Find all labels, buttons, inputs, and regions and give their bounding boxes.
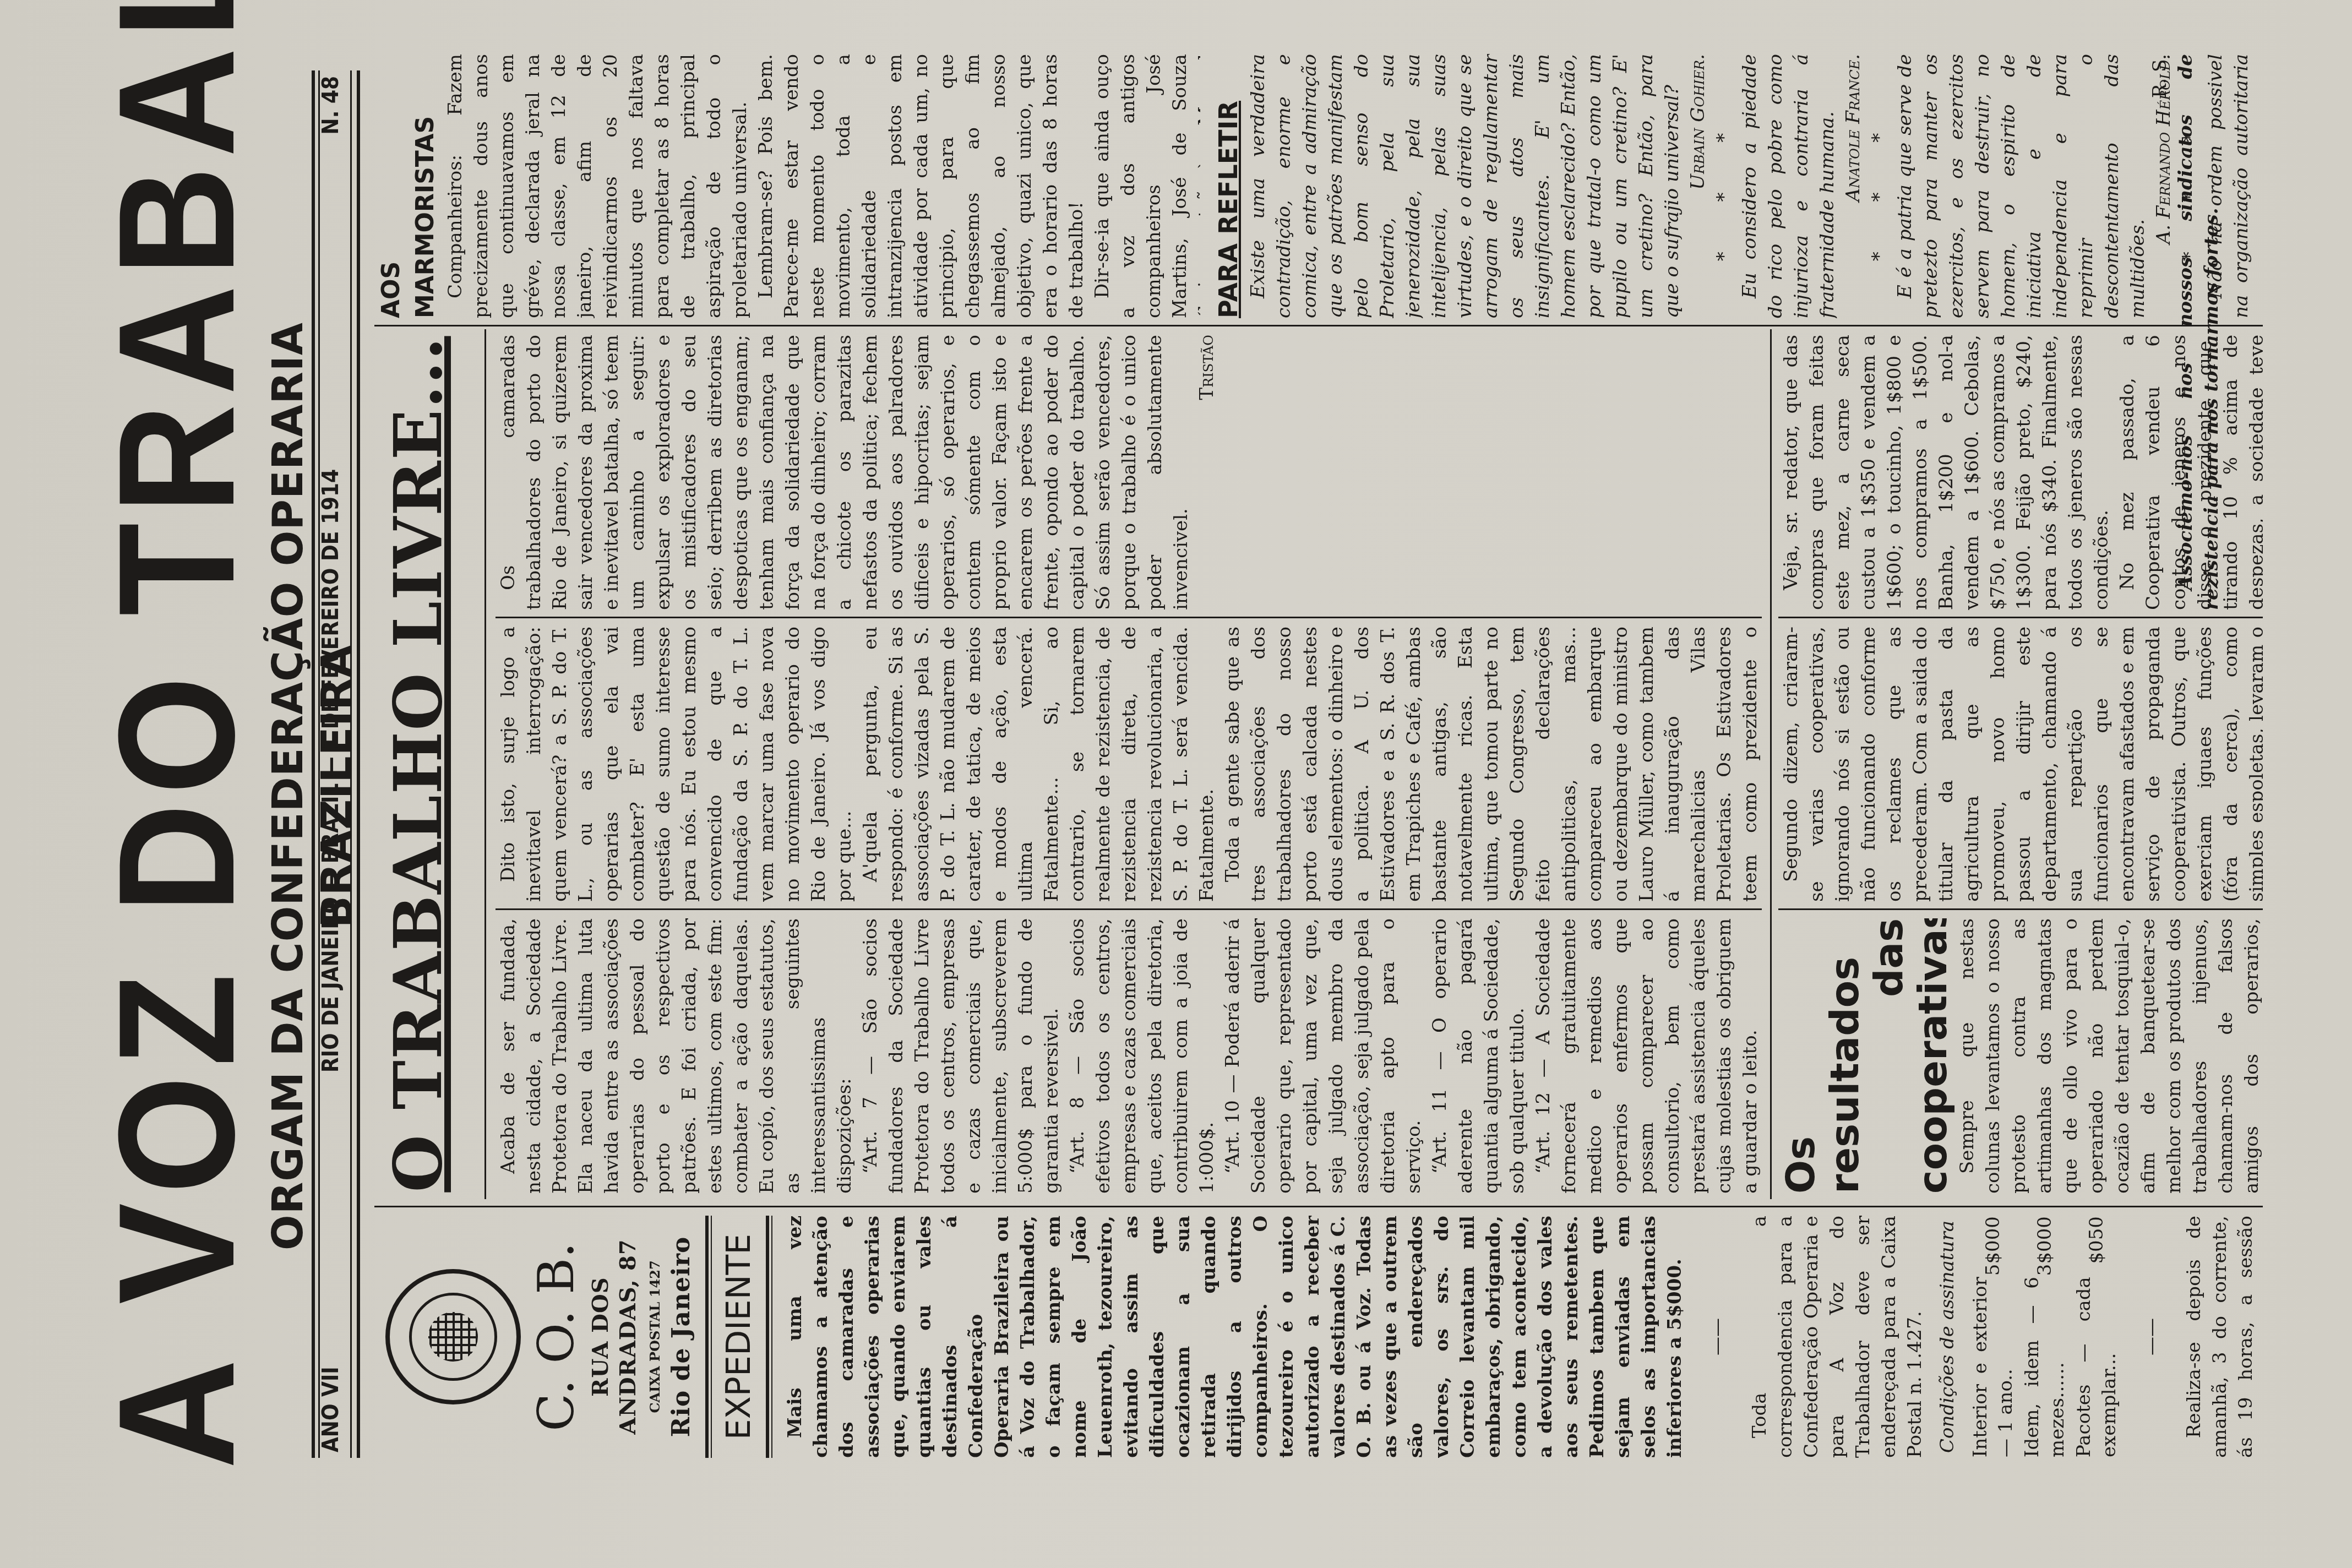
short-rule: —— [1705,1216,1730,1458]
article-paragraph: “Art. 7 — São socios fundadores da Socie… [858,918,1065,1194]
separator-stars: * * * [1711,54,1737,318]
signature-rs: R. S. [2147,54,2173,610]
cob-city: Rio de Janeiro [668,1216,695,1458]
column-expediente: C. O. B. RUA DOS ANDRADAS, 87 CAIXA POST… [374,1216,2257,1458]
cob-po-box: CAIXA POSTAL 1427 [642,1216,668,1458]
masthead-title: A VOZ DO TRABALHADOR [88,172,264,1469]
signature-tristao: Tristão [1194,335,1220,610]
article-paragraph: “Art. 10 — Poderá aderir á Sociedade qua… [1220,918,1427,1194]
table-row: Interior e exterior — 1 ano..5$000 [1967,1216,2019,1458]
column-rule [374,325,2263,326]
rule-bottom [357,70,360,1458]
separator-stars: * * * [1866,54,1892,318]
column-resultados-end: R. S. Associemo-nos nos nossos sindicato… [2147,54,2268,610]
article-paragraph: Companheiros: Fazem precizamente dous an… [443,54,753,318]
article-paragraph: Lembram-se? Pois bem. Parece-me estar ve… [753,54,1090,318]
cob-seal-logo [385,1269,521,1404]
quote-author: Urbain Gohier. [1685,54,1711,318]
section-rule [1770,329,1772,1199]
issue-number: N. 48 [318,76,344,134]
article-paragraph: Dir-se-ia que ainda ouço a voz dos antig… [1090,54,1200,318]
year-label: ANO VII [318,1366,344,1452]
article-paragraph: “Art. 12 — A Sociedade fornecerá gratuit… [1531,918,1762,1194]
column-rule [496,908,1762,910]
column-trabalho-livre-2: Dito isto, surje logo a inevitavel inter… [496,627,1762,902]
expediente-notice: Mais uma vez chamamos a atenção dos cama… [782,1216,1688,1458]
quote-text: E é a patria que serve de pretezto para … [1892,54,2151,318]
column-rule [1778,617,2263,618]
article-paragraph: Toda a gente sabe que as tres associaçõe… [1220,627,1762,902]
para-refletir-title: PARA REFLETIR [1211,54,1245,318]
quote-author: Anatole France. [1841,54,1866,318]
column-rule [496,617,1762,618]
marmoristas-title: AOS MARMORISTAS [374,54,443,318]
footer-motto: Associemo-nos nos nossos sindicatos de r… [2173,54,2225,610]
article-paragraph: Os camaradas trabalhadores do porto do R… [496,335,1194,610]
article-paragraph: “Art. 11 — O operario aderente não pagar… [1427,918,1531,1194]
short-rule: —— [2139,1216,2165,1458]
article-paragraph: A'quela pergunta, eu respondo: é conform… [858,627,1220,902]
subscription-title: Condições de assinatura [1935,1216,1961,1458]
column-rule [374,1206,2263,1207]
resultados-title-1: Os resultados [1778,918,1866,1194]
divider [705,1216,712,1458]
table-row: Pacotes — cada exemplar...$050 [2071,1216,2122,1458]
column-resultados-2: Segundo dizem, criaram-se varias coopera… [1778,627,2263,902]
dateline: RIO DE JANEIRO — BRAZIL — 1 DE FEVEREIRO… [318,469,344,1072]
column-rule [1778,908,2263,910]
newspaper-page: A VOZ DO TRABALHADOR ORGAM DA CONFEDERAÇ… [0,0,2352,1568]
correspondence-notice: Toda a correspondencia para a Confederaç… [1747,1216,1928,1458]
column-trabalho-livre-3: Os camaradas trabalhadores do porto do R… [496,335,1762,610]
resultados-title-2: das cooperativas [1866,918,1954,1194]
article-paragraph: “Art. 8 — São socios efetivos todos os c… [1065,918,1220,1194]
headline-trabalho-livre: O TRABALHO LIVRE... [380,335,457,1194]
newspaper-scan: A VOZ DO TRABALHADOR ORGAM DA CONFEDERAÇ… [0,0,2352,1568]
column-para-refletir: PARA REFLETIR Existe uma verdadeira cont… [1211,54,2257,318]
quote-text: Existe uma verdadeira contradição, enorm… [1245,54,1685,318]
column-trabalho-livre-1: Acaba de ser fundada, nesta cidade, a So… [496,918,1762,1194]
article-paragraph: Segundo dizem, criaram-se varias coopera… [1778,627,2263,902]
article-paragraph: Veja, sr. redator, que das compras que f… [1778,335,2115,610]
column-resultados-1: Os resultados das cooperativas Sempre qu… [1778,918,2263,1194]
article-paragraph: Sempre que nestas colunas levantamos o n… [1954,918,2263,1194]
cob-address: RUA DOS ANDRADAS, 87 [587,1216,642,1458]
table-row: Idem, idem — 6 mezes......3$000 [2019,1216,2071,1458]
expediente-title: EXPEDIENTE [722,1216,756,1458]
subscription-table: Interior e exterior — 1 ano..5$000 Idem,… [1967,1216,2122,1458]
article-paragraph: Acaba de ser fundada, nesta cidade, a So… [496,918,858,1194]
cob-name: C. O. B. [526,1216,587,1458]
article-paragraph: Dito isto, surje logo a inevitavel inter… [496,627,858,902]
column-marmoristas: AOS MARMORISTAS Companheiros: Fazem prec… [374,54,1200,318]
globe-icon [428,1312,478,1362]
quote-text: Eu considero a piedade do rico pelo pobr… [1737,54,1841,318]
divider [766,1216,772,1458]
rule-bottom-inner [350,70,352,1458]
conselho-notice: Realiza-se depois de amanhã, 3 do corren… [2181,1216,2257,1458]
headline-rule [484,329,486,1199]
dateline-bar: ANO VII RIO DE JANEIRO — BRAZIL — 1 DE F… [315,70,348,1458]
